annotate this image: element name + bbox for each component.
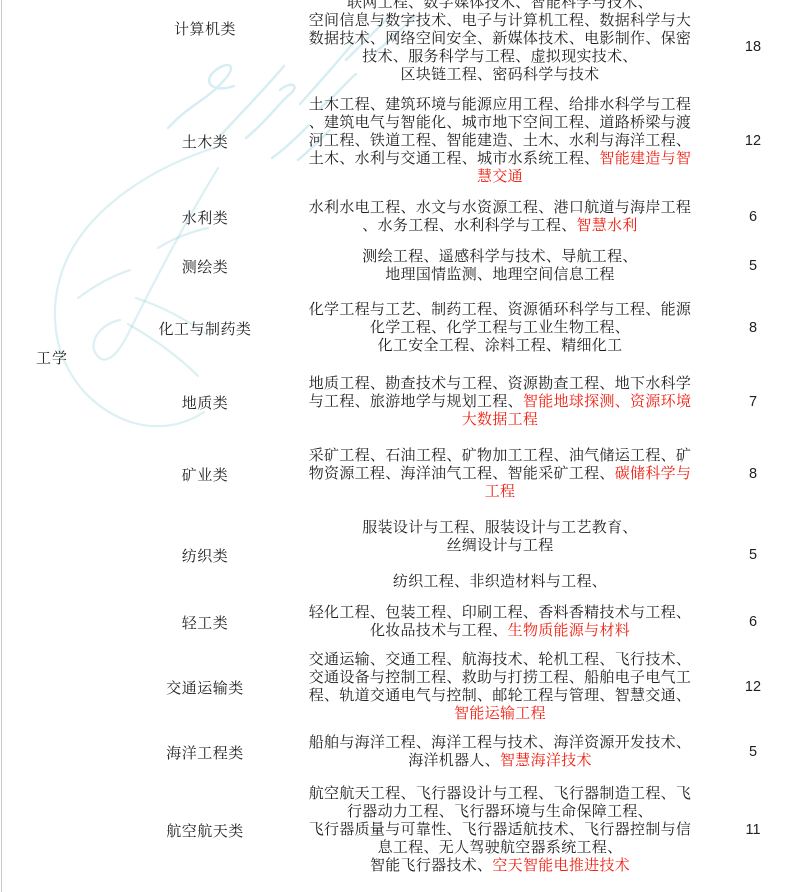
table-row: 化工与制药类化学工程与工艺、制药工程、资源循环科学与工程、能源化学工程、化学工程… xyxy=(0,301,799,355)
major-segment: 、水务工程、水利科学与工程、 xyxy=(362,217,576,234)
count-cell: 5 xyxy=(720,519,786,591)
major-segment: 化工安全工程、涂料工程、精细化工 xyxy=(378,337,623,354)
major-segment: 联网工程、数字媒体技术、智能科学与技术、 xyxy=(347,0,653,11)
discipline-column-spacer xyxy=(0,248,130,284)
majors-line: 慧交通 xyxy=(280,168,720,186)
table-row: 轻工类轻化工程、包装工程、印刷工程、香料香精技术与工程、化妆品技术与工程、生物质… xyxy=(0,604,799,640)
count-value: 12 xyxy=(745,679,761,695)
major-segment-new: 大数据工程 xyxy=(462,411,539,428)
count-value: 5 xyxy=(749,258,757,274)
category-cell: 化工与制药类 xyxy=(130,301,280,355)
count-value: 11 xyxy=(745,822,760,838)
discipline-column-spacer xyxy=(0,447,130,501)
majors-line: 测绘工程、遥感科学与技术、导航工程、 xyxy=(280,248,720,266)
majors-line: 纺织工程、非织造材料与工程、 xyxy=(280,573,720,591)
category-cell: 水利类 xyxy=(130,199,280,235)
majors-line: 交通设备与控制工程、救助与打捞工程、船舶电子电气工 xyxy=(280,669,720,687)
table-row: 海洋工程类船舶与海洋工程、海洋工程与技术、海洋资源开发技术、海洋机器人、智慧海洋… xyxy=(0,734,799,770)
major-segment-new: 慧交通 xyxy=(477,168,523,185)
majors-line: 交通运输、交通工程、航海技术、轮机工程、飞行技术、 xyxy=(280,651,720,669)
category-cell: 测绘类 xyxy=(130,248,280,284)
major-segment-new: 智慧海洋技术 xyxy=(500,752,592,769)
count-value: 6 xyxy=(749,209,757,225)
majors-line: 化妆品技术与工程、生物质能源与材料 xyxy=(280,622,720,640)
count-cell: 12 xyxy=(720,651,786,723)
discipline-column-spacer xyxy=(0,519,130,591)
table-row: 土木类土木工程、建筑环境与能源应用工程、给排水科学与工程、建筑电气与智能化、城市… xyxy=(0,96,799,186)
count-value: 5 xyxy=(749,744,757,760)
table-row: 航空航天类航空航天工程、飞行器设计与工程、飞行器制造工程、飞行器动力工程、飞行器… xyxy=(0,785,799,875)
majors-line: 地质工程、勘查技术与工程、资源勘查工程、地下水科学 xyxy=(280,375,720,393)
majors-line: 、水务工程、水利科学与工程、智慧水利 xyxy=(280,217,720,235)
table-row: 测绘类测绘工程、遥感科学与技术、导航工程、地理国情监测、地理空间信息工程5 xyxy=(0,248,799,284)
table-row: 交通运输类交通运输、交通工程、航海技术、轮机工程、飞行技术、交通设备与控制工程、… xyxy=(0,651,799,723)
majors-line: 丝绸设计与工程 xyxy=(280,537,720,555)
table-row: 水利类水利水电工程、水文与水资源工程、港口航道与海岸工程、水务工程、水利科学与工… xyxy=(0,199,799,235)
count-cell: 12 xyxy=(720,96,786,186)
majors-table: 计算机类联网工程、数字媒体技术、智能科学与技术、空间信息与数字技术、电子与计算机… xyxy=(0,0,799,875)
major-segment: 飞行器质量与可靠性、飞行器适航技术、飞行器控制与信 xyxy=(309,821,692,838)
table-row: 地质类地质工程、勘查技术与工程、资源勘查工程、地下水科学与工程、旅游地学与规划工… xyxy=(0,375,799,429)
count-value: 8 xyxy=(749,466,757,482)
document-page: 工学 计算机类联网工程、数字媒体技术、智能科学与技术、空间信息与数字技术、电子与… xyxy=(0,0,799,892)
discipline-column-spacer xyxy=(0,375,130,429)
category-cell: 地质类 xyxy=(130,375,280,429)
majors-line: 河工程、铁道工程、智能建造、土木、水利与海洋工程、 xyxy=(280,132,720,150)
majors-cell: 地质工程、勘查技术与工程、资源勘查工程、地下水科学与工程、旅游地学与规划工程、智… xyxy=(280,375,720,429)
major-segment: 海洋机器人、 xyxy=(408,752,500,769)
count-value: 5 xyxy=(749,547,757,563)
category-cell: 土木类 xyxy=(130,96,280,186)
category-cell: 海洋工程类 xyxy=(130,734,280,770)
discipline-column-spacer xyxy=(0,96,130,186)
major-segment: 技术、服务科学与工程、虚拟现实技术、 xyxy=(362,48,637,65)
category-cell: 纺织类 xyxy=(130,519,280,591)
count-cell: 8 xyxy=(720,301,786,355)
category-cell: 轻工类 xyxy=(130,604,280,640)
count-cell: 8 xyxy=(720,447,786,501)
majors-line: 采矿工程、石油工程、矿物加工工程、油气储运工程、矿 xyxy=(280,447,720,465)
majors-line: 技术、服务科学与工程、虚拟现实技术、 xyxy=(280,48,720,66)
major-segment: 纺织工程、非织造材料与工程、 xyxy=(393,573,607,590)
major-segment-new: 空天智能电推进技术 xyxy=(492,857,630,874)
major-segment: 数据技术、网络空间安全、新媒体技术、电影制作、保密 xyxy=(309,30,692,47)
major-segment: 采矿工程、石油工程、矿物加工工程、油气储运工程、矿 xyxy=(309,447,692,464)
majors-line: 飞行器质量与可靠性、飞行器适航技术、飞行器控制与信 xyxy=(280,821,720,839)
major-segment: 、建筑电气与智能化、城市地下空间工程、道路桥梁与渡 xyxy=(309,114,692,131)
major-segment: 与工程、旅游地学与规划工程、 xyxy=(309,393,523,410)
majors-line: 化工安全工程、涂料工程、精细化工 xyxy=(280,337,720,355)
major-segment-new: 智能运输工程 xyxy=(454,705,546,722)
count-cell: 7 xyxy=(720,375,786,429)
majors-line: 联网工程、数字媒体技术、智能科学与技术、 xyxy=(280,0,720,12)
major-segment: 测绘工程、遥感科学与技术、导航工程、 xyxy=(362,248,637,265)
count-value: 6 xyxy=(749,614,757,630)
major-segment: 空间信息与数字技术、电子与计算机工程、数据科学与大 xyxy=(309,12,692,29)
major-segment: 化妆品技术与工程、 xyxy=(370,622,508,639)
discipline-column-spacer xyxy=(0,734,130,770)
major-segment-new: 碳储科学与 xyxy=(615,465,692,482)
category-label: 测绘类 xyxy=(182,256,229,277)
majors-cell: 测绘工程、遥感科学与技术、导航工程、地理国情监测、地理空间信息工程 xyxy=(280,248,720,284)
major-segment: 程、轨道交通电气与控制、邮轮工程与管理、智慧交通、 xyxy=(309,687,692,704)
major-segment: 交通设备与控制工程、救助与打捞工程、船舶电子电气工 xyxy=(309,669,692,686)
discipline-column-spacer xyxy=(0,199,130,235)
discipline-column-spacer xyxy=(0,0,130,84)
majors-line: 物资源工程、海洋油气工程、智能采矿工程、碳储科学与 xyxy=(280,465,720,483)
discipline-column-spacer xyxy=(0,651,130,723)
table-row: 矿业类采矿工程、石油工程、矿物加工工程、油气储运工程、矿物资源工程、海洋油气工程… xyxy=(0,447,799,501)
major-segment: 化学工程、化学工程与工业生物工程、 xyxy=(370,319,630,336)
category-cell: 交通运输类 xyxy=(130,651,280,723)
majors-line: 工程 xyxy=(280,483,720,501)
majors-line: 、建筑电气与智能化、城市地下空间工程、道路桥梁与渡 xyxy=(280,114,720,132)
category-label: 海洋工程类 xyxy=(166,742,244,763)
major-segment: 化学工程与工艺、制药工程、资源循环科学与工程、能源 xyxy=(309,301,692,318)
major-segment: 区块链工程、密码科学与技术 xyxy=(401,66,600,83)
category-label: 矿业类 xyxy=(182,464,229,485)
major-segment-new: 智能建造与智 xyxy=(599,150,691,167)
count-cell: 18 xyxy=(720,0,786,84)
category-label: 纺织类 xyxy=(182,545,229,566)
majors-line: 化学工程、化学工程与工业生物工程、 xyxy=(280,319,720,337)
discipline-column-spacer xyxy=(0,604,130,640)
majors-cell: 服装设计与工程、服装设计与工艺教育、丝绸设计与工程纺织工程、非织造材料与工程、 xyxy=(280,519,720,591)
category-cell: 矿业类 xyxy=(130,447,280,501)
majors-line: 行器动力工程、飞行器环境与生命保障工程、 xyxy=(280,803,720,821)
majors-line: 数据技术、网络空间安全、新媒体技术、电影制作、保密 xyxy=(280,30,720,48)
category-label: 交通运输类 xyxy=(166,677,244,698)
count-cell: 5 xyxy=(720,734,786,770)
discipline-column-spacer xyxy=(0,785,130,875)
major-segment: 水利水电工程、水文与水资源工程、港口航道与海岸工程 xyxy=(309,199,692,216)
majors-line xyxy=(280,555,720,573)
major-segment: 轻化工程、包装工程、印刷工程、香料香精技术与工程、 xyxy=(309,604,692,621)
count-cell: 6 xyxy=(720,199,786,235)
category-cell: 航空航天类 xyxy=(130,785,280,875)
major-segment: 服装设计与工程、服装设计与工艺教育、 xyxy=(362,519,637,536)
major-segment: 行器动力工程、飞行器环境与生命保障工程、 xyxy=(347,803,653,820)
majors-line: 海洋机器人、智慧海洋技术 xyxy=(280,752,720,770)
majors-line: 服装设计与工程、服装设计与工艺教育、 xyxy=(280,519,720,537)
count-cell: 11 xyxy=(720,785,786,875)
count-value: 8 xyxy=(749,320,757,336)
major-segment: 物资源工程、海洋油气工程、智能采矿工程、 xyxy=(309,465,615,482)
majors-line: 大数据工程 xyxy=(280,411,720,429)
majors-line: 轻化工程、包装工程、印刷工程、香料香精技术与工程、 xyxy=(280,604,720,622)
majors-line: 与工程、旅游地学与规划工程、智能地球探测、资源环境 xyxy=(280,393,720,411)
category-label: 轻工类 xyxy=(182,612,229,633)
major-segment: 土木、水利与交通工程、城市水系统工程、 xyxy=(309,150,600,167)
majors-line: 地理国情监测、地理空间信息工程 xyxy=(280,266,720,284)
majors-line: 息工程、无人驾驶航空器系统工程、 xyxy=(280,839,720,857)
majors-cell: 交通运输、交通工程、航海技术、轮机工程、飞行技术、交通设备与控制工程、救助与打捞… xyxy=(280,651,720,723)
table-row: 计算机类联网工程、数字媒体技术、智能科学与技术、空间信息与数字技术、电子与计算机… xyxy=(0,0,799,84)
category-label: 水利类 xyxy=(182,207,229,228)
majors-line: 船舶与海洋工程、海洋工程与技术、海洋资源开发技术、 xyxy=(280,734,720,752)
major-segment: 河工程、铁道工程、智能建造、土木、水利与海洋工程、 xyxy=(309,132,692,149)
count-value: 7 xyxy=(749,394,757,410)
majors-cell: 土木工程、建筑环境与能源应用工程、给排水科学与工程、建筑电气与智能化、城市地下空… xyxy=(280,96,720,186)
majors-cell: 采矿工程、石油工程、矿物加工工程、油气储运工程、矿物资源工程、海洋油气工程、智能… xyxy=(280,447,720,501)
category-label: 化工与制药类 xyxy=(158,318,251,339)
majors-cell: 水利水电工程、水文与水资源工程、港口航道与海岸工程、水务工程、水利科学与工程、智… xyxy=(280,199,720,235)
majors-line: 土木工程、建筑环境与能源应用工程、给排水科学与工程 xyxy=(280,96,720,114)
majors-cell: 航空航天工程、飞行器设计与工程、飞行器制造工程、飞行器动力工程、飞行器环境与生命… xyxy=(280,785,720,875)
major-segment: 地理国情监测、地理空间信息工程 xyxy=(385,266,615,283)
major-segment: 丝绸设计与工程 xyxy=(446,537,553,554)
major-segment: 土木工程、建筑环境与能源应用工程、给排水科学与工程 xyxy=(309,96,692,113)
majors-line: 化学工程与工艺、制药工程、资源循环科学与工程、能源 xyxy=(280,301,720,319)
count-value: 18 xyxy=(745,39,761,55)
discipline-column-spacer xyxy=(0,301,130,355)
majors-line: 航空航天工程、飞行器设计与工程、飞行器制造工程、飞 xyxy=(280,785,720,803)
majors-line: 区块链工程、密码科学与技术 xyxy=(280,66,720,84)
majors-cell: 轻化工程、包装工程、印刷工程、香料香精技术与工程、化妆品技术与工程、生物质能源与… xyxy=(280,604,720,640)
category-label: 计算机类 xyxy=(174,18,236,39)
count-cell: 6 xyxy=(720,604,786,640)
majors-line: 水利水电工程、水文与水资源工程、港口航道与海岸工程 xyxy=(280,199,720,217)
major-segment: 息工程、无人驾驶航空器系统工程、 xyxy=(378,839,623,856)
major-segment: 航空航天工程、飞行器设计与工程、飞行器制造工程、飞 xyxy=(309,785,692,802)
major-segment: 地质工程、勘查技术与工程、资源勘查工程、地下水科学 xyxy=(309,375,692,392)
majors-cell: 化学工程与工艺、制药工程、资源循环科学与工程、能源化学工程、化学工程与工业生物工… xyxy=(280,301,720,355)
category-label: 土木类 xyxy=(182,131,229,152)
majors-line: 空间信息与数字技术、电子与计算机工程、数据科学与大 xyxy=(280,12,720,30)
major-segment-new: 生物质能源与材料 xyxy=(508,622,630,639)
count-cell: 5 xyxy=(720,248,786,284)
major-segment-new: 工程 xyxy=(485,483,516,500)
table-row: 纺织类服装设计与工程、服装设计与工艺教育、丝绸设计与工程纺织工程、非织造材料与工… xyxy=(0,519,799,591)
major-segment: 船舶与海洋工程、海洋工程与技术、海洋资源开发技术、 xyxy=(309,734,692,751)
page-left-border xyxy=(1,0,2,892)
majors-line: 智能运输工程 xyxy=(280,705,720,723)
category-cell: 计算机类 xyxy=(130,0,280,84)
majors-line: 土木、水利与交通工程、城市水系统工程、智能建造与智 xyxy=(280,150,720,168)
majors-line: 智能飞行器技术、空天智能电推进技术 xyxy=(280,857,720,875)
major-segment: 交通运输、交通工程、航海技术、轮机工程、飞行技术、 xyxy=(309,651,692,668)
majors-line: 程、轨道交通电气与控制、邮轮工程与管理、智慧交通、 xyxy=(280,687,720,705)
major-segment: 智能飞行器技术、 xyxy=(370,857,492,874)
major-segment-new: 智能地球探测、资源环境 xyxy=(523,393,691,410)
majors-cell: 船舶与海洋工程、海洋工程与技术、海洋资源开发技术、海洋机器人、智慧海洋技术 xyxy=(280,734,720,770)
category-label: 航空航天类 xyxy=(166,820,244,841)
major-segment-new: 智慧水利 xyxy=(577,217,638,234)
majors-cell: 联网工程、数字媒体技术、智能科学与技术、空间信息与数字技术、电子与计算机工程、数… xyxy=(280,0,720,84)
count-value: 12 xyxy=(745,133,761,149)
category-label: 地质类 xyxy=(182,392,229,413)
